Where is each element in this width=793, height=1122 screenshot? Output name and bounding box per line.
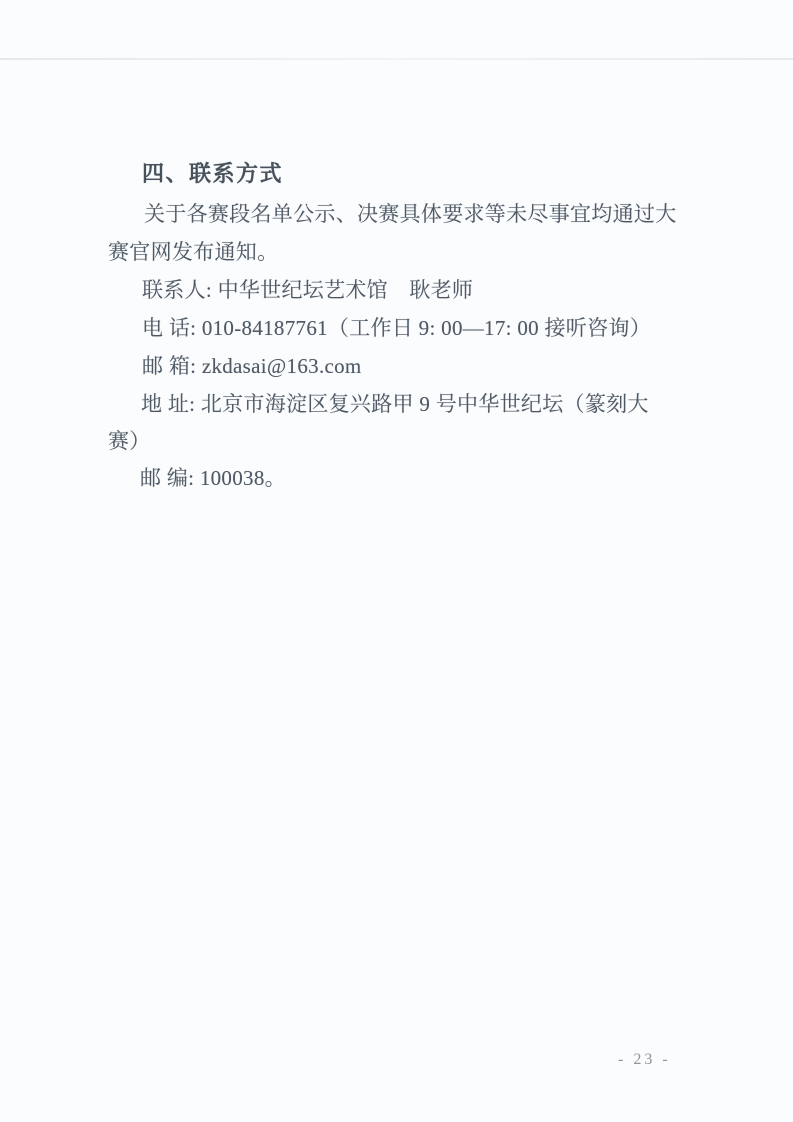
postal-code-line: 邮 编: 100038。 xyxy=(140,466,286,490)
contact-person-line: 联系人: 中华世纪坛艺术馆 耿老师 xyxy=(142,278,473,302)
intro-paragraph-line-1: 关于各赛段名单公示、决赛具体要求等未尽事宜均通过大 xyxy=(144,202,677,226)
address-line-1: 地 址: 北京市海淀区复兴路甲 9 号中华世纪坛（篆刻大 xyxy=(141,392,649,416)
document-page: 四、联系方式 关于各赛段名单公示、决赛具体要求等未尽事宜均通过大 赛官网发布通知… xyxy=(0,0,793,1122)
email-line: 邮 箱: zkdasai@163.com xyxy=(142,354,362,378)
address-line-2: 赛） xyxy=(108,429,151,453)
section-heading: 四、联系方式 xyxy=(142,162,283,186)
phone-line: 电 话: 010-84187761（工作日 9: 00—17: 00 接听咨询） xyxy=(142,316,651,340)
scan-edge-line xyxy=(0,58,793,60)
page-number: - 23 - xyxy=(618,1051,671,1069)
intro-paragraph-line-2: 赛官网发布通知。 xyxy=(108,240,278,264)
